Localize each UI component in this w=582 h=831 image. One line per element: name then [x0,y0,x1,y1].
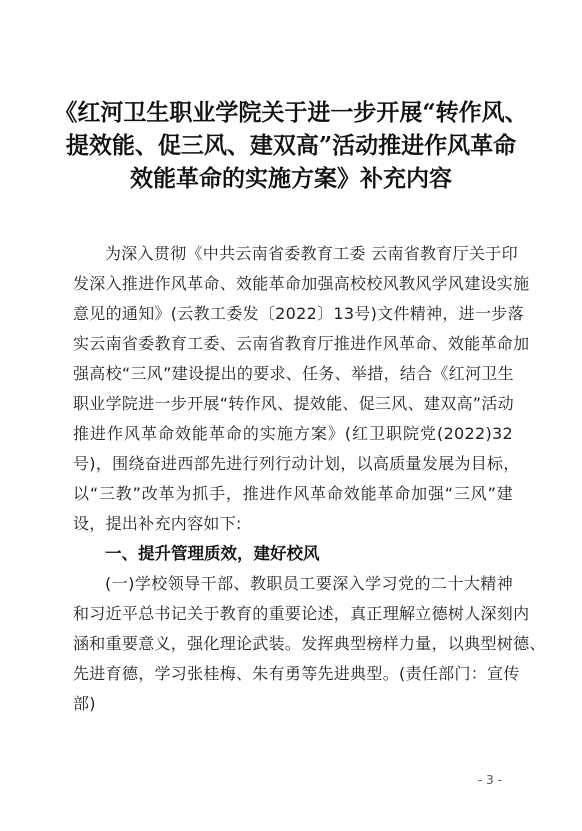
title-line: 《红河卫生职业学院关于进一步开展“转作风、 [40,96,542,129]
text-line: (一)学校领导干部、教职员工要深入学习党的二十大精神 [73,569,513,599]
title-line: 效能革命的实施方案》补充内容 [40,162,542,195]
text-line: 强高校“三风”建设提出的要求、任务、举措，结合《红河卫生 [73,359,513,389]
text-line: 推进作风革命效能革命的实施方案》(红卫职院党(2022)32 [73,419,513,449]
text-line: 涵和重要意义，强化理论武装。发挥典型榜样力量，以典型树德、 [73,629,513,659]
text-line: 和习近平总书记关于教育的重要论述，真正理解立德树人深刻内 [73,599,513,629]
text-line: 设，提出补充内容如下: [73,509,513,539]
text-line: 先进育德，学习张桂梅、朱有勇等先进典型。(责任部门：宣传 [73,659,513,689]
section-item-paragraph: (一)学校领导干部、教职员工要深入学习党的二十大精神 和习近平总书记关于教育的重… [73,569,513,719]
text-line: 发深入推进作风革命、效能革命加强高校校风教风学风建设实施 [73,269,513,299]
text-line: 实云南省委教育工委、云南省教育厅推进作风革命、效能革命加 [73,329,513,359]
document-title: 《红河卫生职业学院关于进一步开展“转作风、 提效能、促三风、建双高”活动推进作风… [40,96,542,195]
text-line: 号)，围绕奋进西部先进行列行动计划，以高质量发展为目标， [73,449,513,479]
text-line: 意见的通知》(云教工委发〔2022〕13号)文件精神，进一步落 [73,299,513,329]
text-line: 为深入贯彻《中共云南省委教育工委 云南省教育厅关于印 [73,239,513,269]
title-line: 提效能、促三风、建双高”活动推进作风革命 [40,129,542,162]
page-number: - 3 - [478,773,502,787]
text-line: 以“三教”改革为抓手，推进作风革命效能革命加强“三风”建 [73,479,513,509]
text-line: 职业学院进一步开展“转作风、提效能、促三风、建双高”活动 [73,389,513,419]
document-page: 《红河卫生职业学院关于进一步开展“转作风、 提效能、促三风、建双高”活动推进作风… [0,0,582,831]
document-body: 为深入贯彻《中共云南省委教育工委 云南省教育厅关于印 发深入推进作风革命、效能革… [73,239,513,719]
intro-paragraph: 为深入贯彻《中共云南省委教育工委 云南省教育厅关于印 发深入推进作风革命、效能革… [73,239,513,539]
section-heading: 一、提升管理质效，建好校风 [73,539,513,569]
text-line: 部) [73,689,513,719]
